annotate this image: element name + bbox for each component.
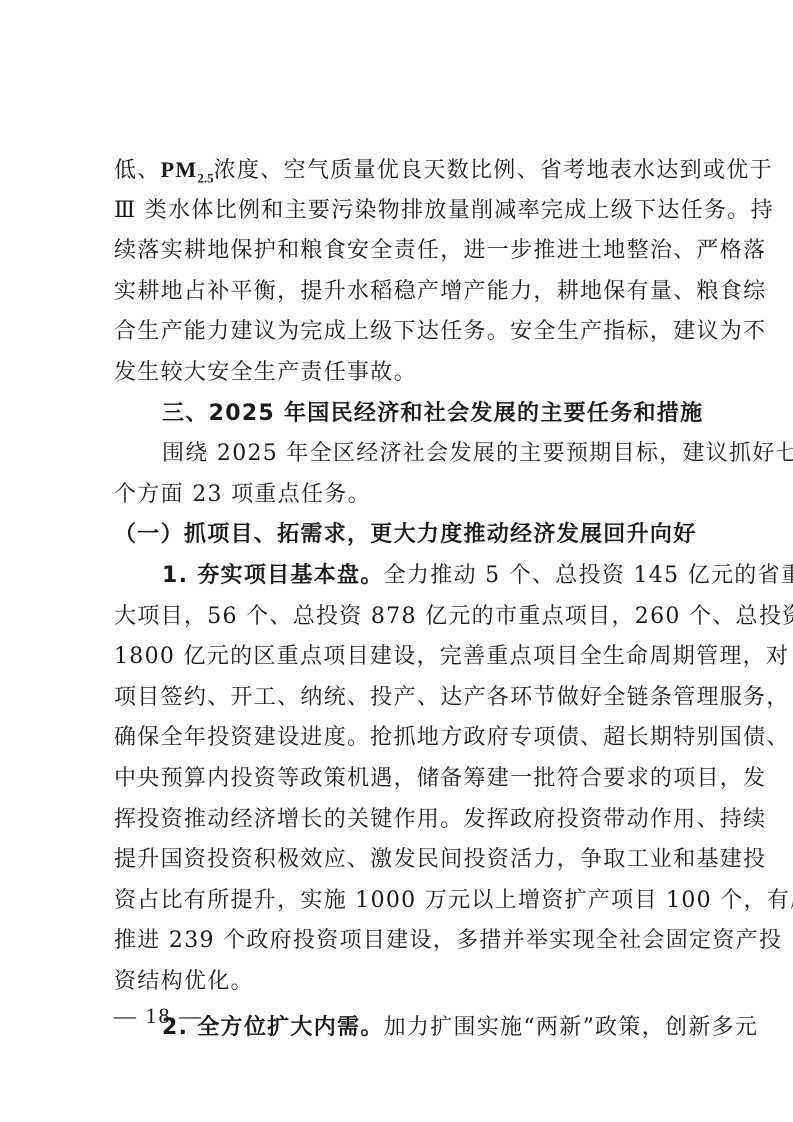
item-1-text: 全力推动 5 个、总投资 145 亿元的省重 (384, 563, 793, 588)
item-1-line: 挥投资推动经济增长的关键作用。发挥政府投资带动作用、持续 (114, 800, 682, 841)
intro-line: 个方面 23 项重点任务。 (114, 475, 682, 516)
text-line: Ⅲ 类水体比例和主要污染物排放量削减率完成上级下达任务。持 (114, 191, 682, 232)
text-line: 续落实耕地保护和粮食安全责任，进一步推进土地整治、严格落 (114, 231, 682, 272)
item-1-line: 1800 亿元的区重点项目建设，完善重点项目全生命周期管理，对 (114, 637, 682, 678)
item-1-line: 确保全年投资建设进度。抢抓地方政府专项债、超长期特别国债、 (114, 718, 682, 759)
section-heading: 三、2025 年国民经济和社会发展的主要任务和措施 (114, 394, 682, 435)
intro-line: 围绕 2025 年全区经济社会发展的主要预期目标，建议抓好七 (114, 434, 682, 475)
subsection-heading: （一）抓项目、拓需求，更大力度推动经济发展回升向好 (114, 515, 682, 556)
page-number: — 18 — (114, 1003, 203, 1029)
text-line: 合生产能力建议为完成上级下达任务。安全生产指标，建议为不 (114, 312, 682, 353)
item-1-line: 推进 239 个政府投资项目建设，多措并举实现全社会固定资产投 (114, 921, 682, 962)
item-1-title: 1. 夯实项目基本盘。 (162, 563, 384, 588)
text-line: 实耕地占补平衡，提升水稻稳产增产能力，耕地保有量、粮食综 (114, 272, 682, 313)
text-fragment: 低、 (114, 158, 161, 183)
item-1-line: 资占比有所提升，实施 1000 万元以上增资扩产项目 100 个，有序 (114, 881, 682, 922)
item-1-line: 项目签约、开工、纳统、投产、达产各环节做好全链条管理服务， (114, 678, 682, 719)
item-1-line: 中央预算内投资等政策机遇，储备筹建一批符合要求的项目，发 (114, 759, 682, 800)
item-1-line: 提升国资投资积极效应、激发民间投资活力，争取工业和基建投 (114, 840, 682, 881)
pm-label: PM (161, 157, 198, 182)
item-2-text: 加力扩围实施“两新”政策，创新多元 (384, 1015, 759, 1040)
text-line: 低、PM2.5浓度、空气质量优良天数比例、省考地表水达到或优于 (114, 150, 682, 191)
text-line: 发生较大安全生产责任事故。 (114, 353, 682, 394)
item-1-line: 资结构优化。 (114, 962, 682, 1003)
text-fragment: 浓度、空气质量优良天数比例、省考地表水达到或优于 (214, 158, 773, 183)
document-page: 低、PM2.5浓度、空气质量优良天数比例、省考地表水达到或优于 Ⅲ 类水体比例和… (114, 150, 682, 1049)
item-1-first-line: 1. 夯实项目基本盘。全力推动 5 个、总投资 145 亿元的省重 (114, 556, 682, 597)
pm-subscript: 2.5 (197, 170, 213, 185)
item-1-line: 大项目，56 个、总投资 878 亿元的市重点项目，260 个、总投资 (114, 597, 682, 638)
